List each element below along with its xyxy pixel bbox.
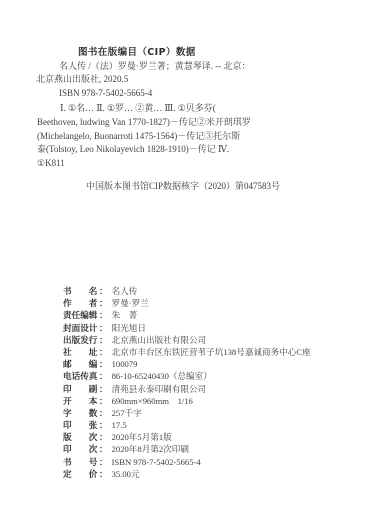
colophon-value: 2020年8月第2次印刷: [112, 443, 189, 455]
colophon-label: 邮 编: [63, 358, 99, 370]
colophon-colon: ：: [99, 407, 108, 419]
colophon-value: 名人传: [112, 285, 138, 297]
colophon-row: 印 刷：清苑县永泰印刷有限公司: [63, 383, 368, 395]
colophon-colon: ：: [99, 358, 108, 370]
colophon-value: 阳光旭日: [112, 322, 146, 334]
colophon-row: 定 价：35.00元: [63, 468, 368, 480]
cip-classification-line: (Michelangelo, Buonarroti 1475-1564)－传记③…: [37, 130, 347, 144]
colophon-colon: ：: [99, 443, 108, 455]
colophon-row: 电话传真：86-10-65240430（总编室）: [63, 370, 368, 382]
colophon-label: 社 址: [63, 346, 99, 358]
colophon-row: 社 址：北京市丰台区东铁匠营苇子坑138号嘉诚商务中心C座: [63, 346, 368, 358]
colophon-row: 印 张：17.5: [63, 419, 368, 431]
colophon-colon: ：: [99, 395, 108, 407]
colophon-label: 字 数: [63, 407, 99, 419]
cip-classification-line: ①K811: [37, 157, 347, 171]
colophon-row: 责任编辑：朱 菁: [63, 309, 368, 321]
colophon-row: 邮 编：100079: [63, 358, 368, 370]
colophon-colon: ：: [99, 419, 108, 431]
cip-classification-block: Ⅰ. ①名… Ⅱ. ①罗… ②黄… Ⅲ. ①贝多芬( Beethoven, lu…: [37, 102, 347, 171]
cip-record-line: ISBN 978-7-5402-5665-4: [36, 87, 336, 100]
colophon-value: 清苑县永泰印刷有限公司: [112, 383, 207, 395]
colophon-label: 出版发行: [63, 334, 99, 346]
colophon-value: 17.5: [112, 420, 127, 430]
colophon-value: 35.00元: [112, 468, 140, 480]
colophon-colon: ：: [99, 346, 108, 358]
colophon-label: 书 号: [63, 456, 99, 468]
colophon-row: 封面设计：阳光旭日: [63, 322, 368, 334]
cip-record-line: 北京燕山出版社, 2020.5: [36, 73, 336, 86]
colophon-label: 电话传真: [63, 370, 99, 382]
colophon-label: 版 次: [63, 431, 99, 443]
colophon-value: 86-10-65240430（总编室）: [112, 370, 212, 382]
colophon-label: 印 刷: [63, 383, 99, 395]
colophon-colon: ：: [99, 334, 108, 346]
colophon-label: 作 者: [63, 297, 99, 309]
colophon-row: 字 数：257千字: [63, 407, 368, 419]
colophon-colon: ：: [99, 297, 108, 309]
colophon-value: ISBN 978-7-5402-5665-4: [112, 457, 201, 467]
colophon-row: 书 号：ISBN 978-7-5402-5665-4: [63, 456, 368, 468]
cip-heading: 图书在版编目（CIP）数据: [78, 44, 196, 58]
colophon-colon: ：: [99, 383, 108, 395]
colophon-value: 100079: [112, 359, 138, 369]
colophon-value: 罗曼·罗兰: [112, 297, 149, 309]
colophon-colon: ：: [99, 370, 108, 382]
colophon-row: 印 次：2020年8月第2次印刷: [63, 443, 368, 455]
colophon-row: 出版发行：北京燕山出版社有限公司: [63, 334, 368, 346]
colophon-colon: ：: [99, 309, 108, 321]
cip-record-block: 名人传 /（法）罗曼·罗兰著；黄慧琴译. -- 北京： 北京燕山出版社, 202…: [36, 60, 336, 100]
book-copyright-page: 图书在版编目（CIP）数据 名人传 /（法）罗曼·罗兰著；黄慧琴译. -- 北京…: [0, 0, 375, 523]
colophon-label: 书 名: [63, 285, 99, 297]
colophon-label: 印 张: [63, 419, 99, 431]
colophon-label: 开 本: [63, 395, 99, 407]
colophon-label: 印 次: [63, 443, 99, 455]
cip-classification-line: Ⅰ. ①名… Ⅱ. ①罗… ②黄… Ⅲ. ①贝多芬(: [37, 102, 347, 116]
colophon-colon: ：: [99, 468, 108, 480]
cip-classification-line: Beethoven, ludwing Van 1770-1827)－传记②米开朗…: [37, 116, 347, 130]
colophon-block: 书 名：名人传 作 者：罗曼·罗兰 责任编辑：朱 菁 封面设计：阳光旭日 出版发…: [63, 285, 368, 480]
colophon-value: 北京燕山出版社有限公司: [112, 334, 207, 346]
cip-classification-line: 泰(Tolstoy, Leo Nikolayevich 1828-1910)－传…: [37, 143, 347, 157]
colophon-value: 690mm×960mm 1/16: [112, 395, 193, 407]
colophon-row: 开 本：690mm×960mm 1/16: [63, 395, 368, 407]
colophon-value: 朱 菁: [112, 309, 138, 321]
colophon-value: 北京市丰台区东铁匠营苇子坑138号嘉诚商务中心C座: [112, 346, 311, 358]
colophon-colon: ：: [99, 322, 108, 334]
colophon-value: 257千字: [112, 407, 142, 419]
colophon-colon: ：: [99, 431, 108, 443]
colophon-row: 书 名：名人传: [63, 285, 368, 297]
colophon-label: 责任编辑: [63, 309, 99, 321]
colophon-colon: ：: [99, 456, 108, 468]
colophon-colon: ：: [99, 285, 108, 297]
cip-record-number: 中国版本图书馆CIP数据核字（2020）第047583号: [86, 179, 280, 192]
colophon-row: 版 次：2020年5月第1版: [63, 431, 368, 443]
colophon-label: 封面设计: [63, 322, 99, 334]
colophon-label: 定 价: [63, 468, 99, 480]
cip-record-line: 名人传 /（法）罗曼·罗兰著；黄慧琴译. -- 北京：: [36, 60, 336, 73]
colophon-row: 作 者：罗曼·罗兰: [63, 297, 368, 309]
colophon-value: 2020年5月第1版: [112, 431, 172, 443]
